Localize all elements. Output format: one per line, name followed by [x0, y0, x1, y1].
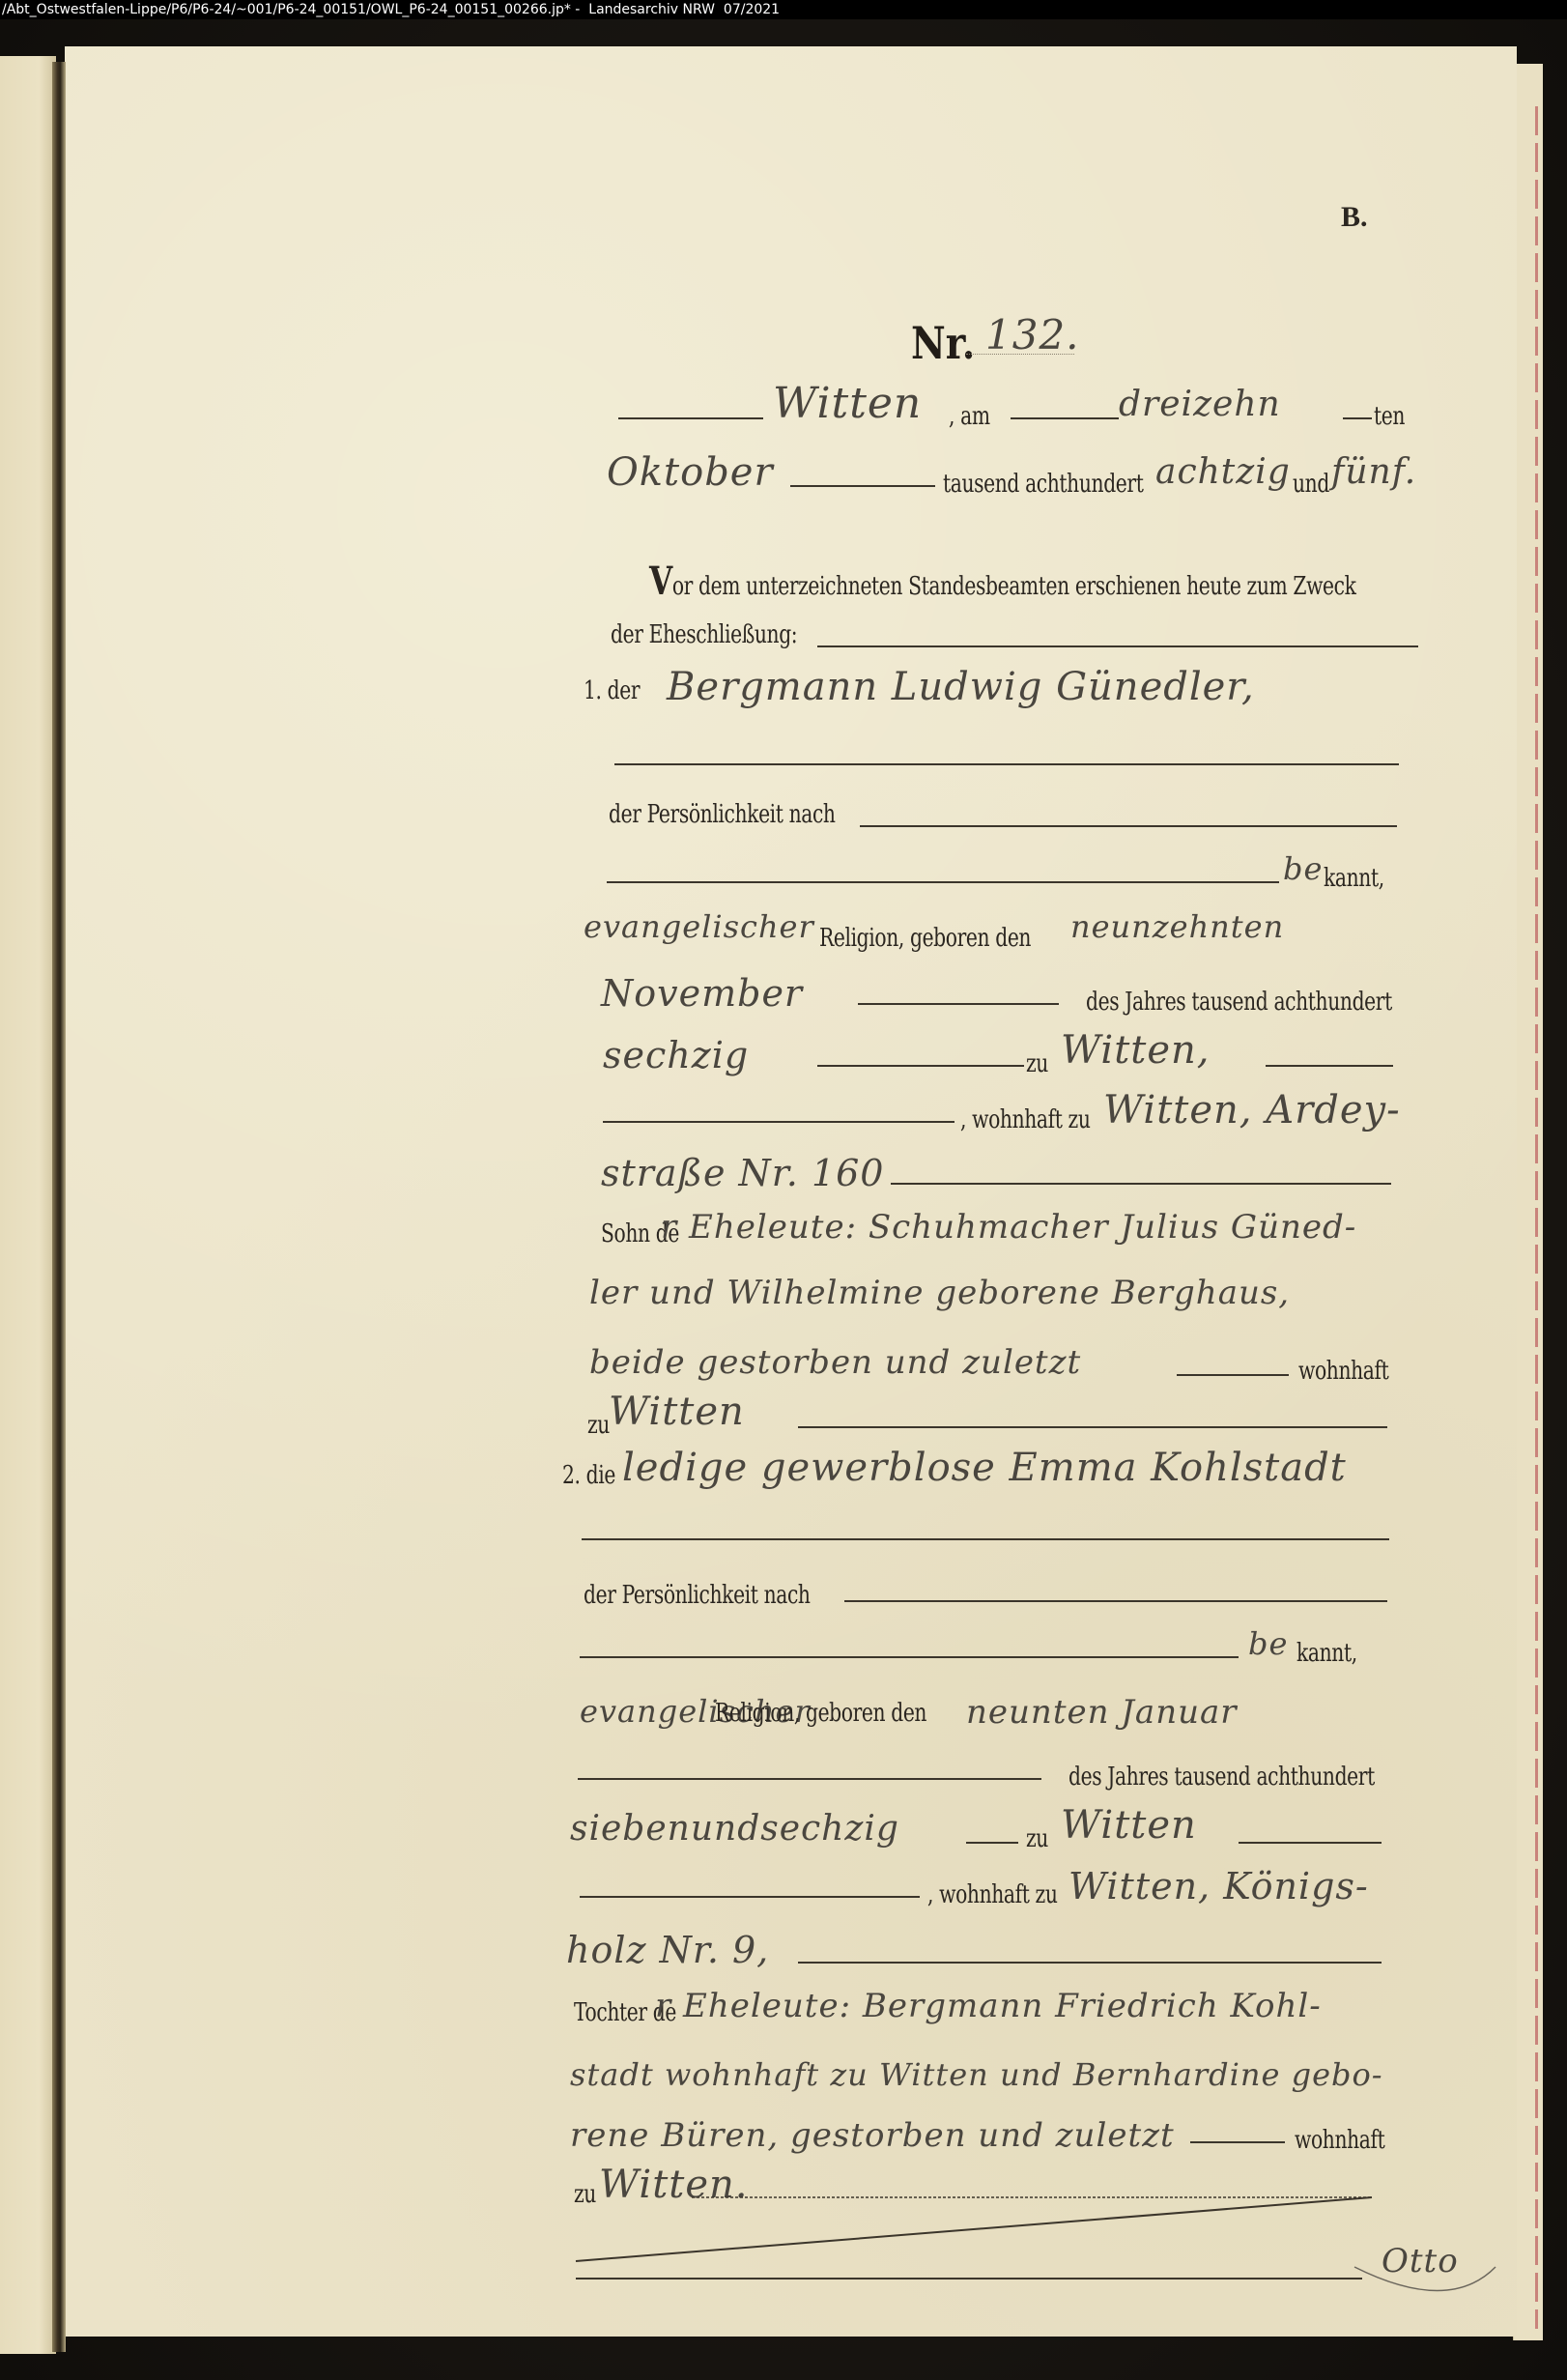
closing-strikethrough-lines: [0, 0, 1567, 2380]
registrar-initials: Otto: [1382, 2242, 1459, 2280]
